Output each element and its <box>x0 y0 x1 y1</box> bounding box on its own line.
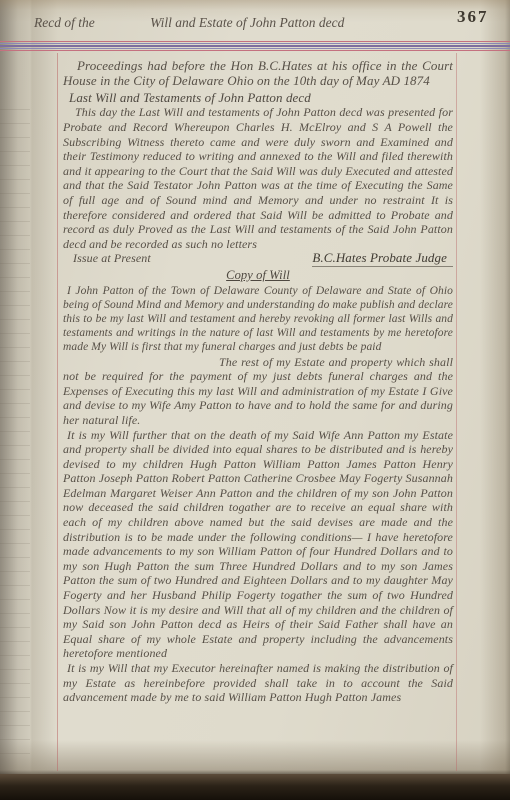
desk-edge <box>0 774 510 800</box>
will-declaration-paragraph: I John Patton of the Town of Delaware Co… <box>63 284 453 355</box>
executor-clause-paragraph: It is my Will that my Executor hereinaft… <box>63 661 453 705</box>
printed-head-rule <box>0 40 510 53</box>
margin-rule-left <box>57 53 58 771</box>
handwritten-content: Proceedings had before the Hon B.C.Hates… <box>63 58 453 705</box>
last-will-heading: Last Will and Testaments of John Patton … <box>63 91 453 106</box>
gutter-ruled-lines <box>0 96 30 756</box>
closing-and-signature-row: Issue at Present B.C.Hates Probate Judge <box>63 251 453 267</box>
folio-number: 367 <box>457 7 489 27</box>
probate-judge-signature: B.C.Hates Probate Judge <box>312 251 453 267</box>
court-proceedings-opening: Proceedings had before the Hon B.C.Hates… <box>63 58 453 89</box>
page-header: Recd of the Will and Estate of John Patt… <box>34 15 454 31</box>
ledger-scan: 367 Recd of the Will and Estate of John … <box>0 0 510 800</box>
division-clause-paragraph: It is my Will further that on the death … <box>63 428 453 662</box>
court-order-paragraph: This day the Last Will and testaments of… <box>63 105 453 251</box>
margin-rule-right <box>456 53 457 771</box>
copy-of-will-heading: Copy of Will <box>63 268 453 283</box>
residue-clause-paragraph: The rest of my Estate and property which… <box>63 355 453 428</box>
header-prefix: Recd of the <box>34 15 95 30</box>
header-title: Will and Estate of John Patton decd <box>150 15 344 30</box>
closing-text: Issue at Present <box>63 251 151 266</box>
ledger-page: 367 Recd of the Will and Estate of John … <box>0 0 510 774</box>
